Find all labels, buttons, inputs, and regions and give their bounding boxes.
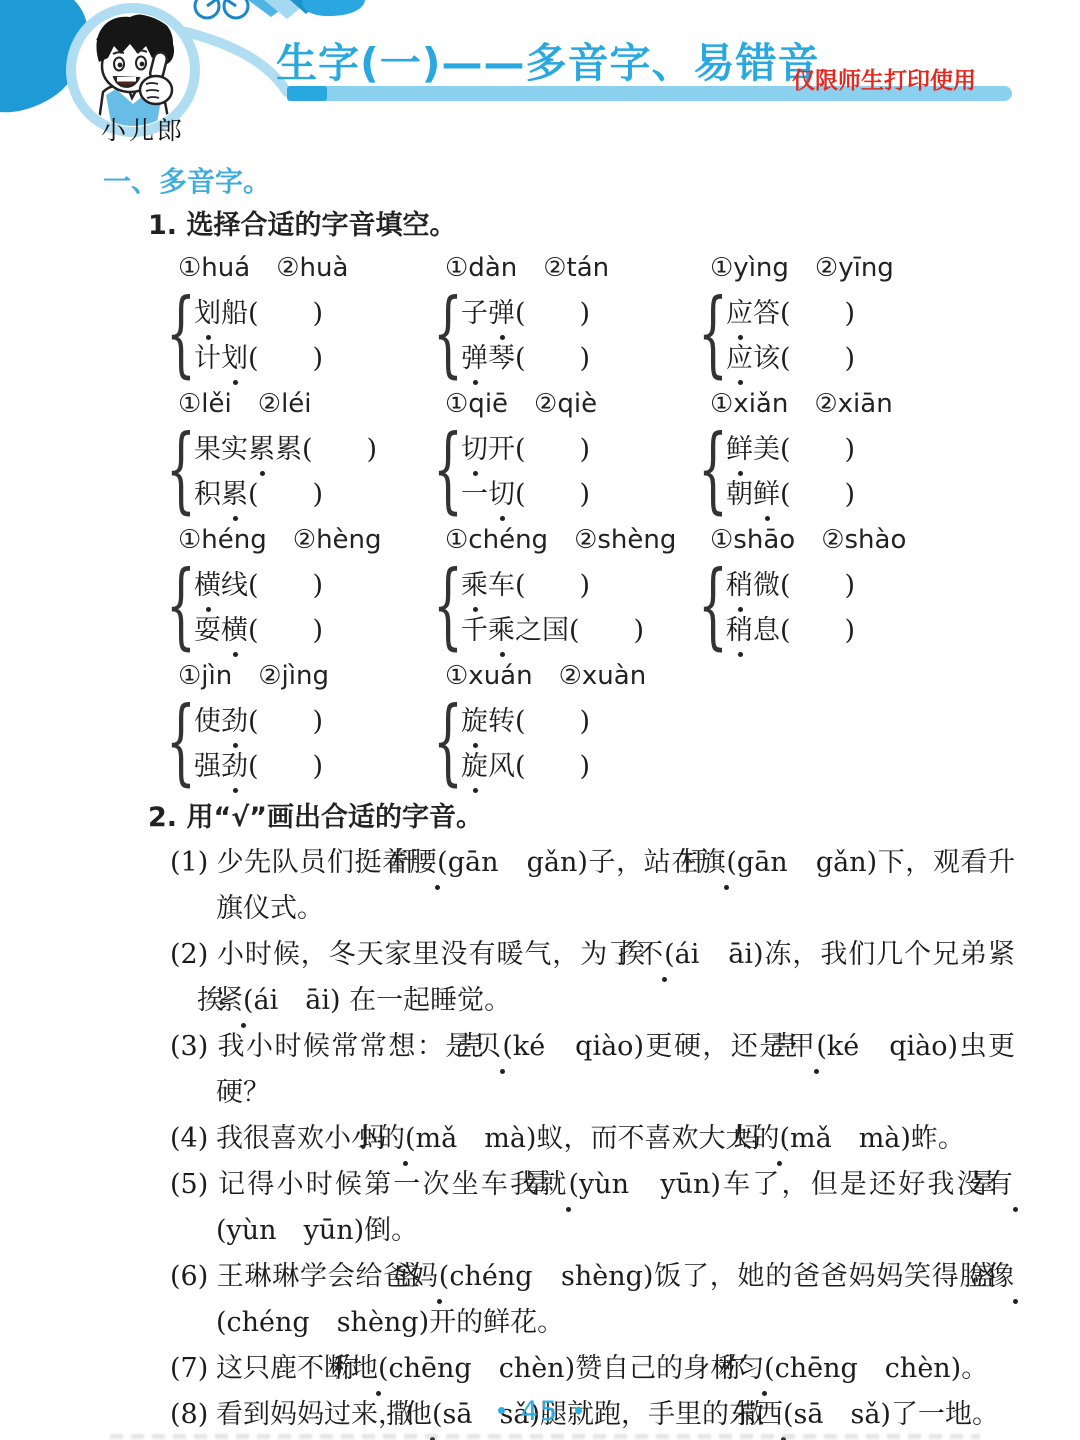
sentence-number: (3) — [170, 1024, 216, 1070]
word-line: 积累() — [194, 472, 445, 517]
pinyin-options: ①shāo②shào — [710, 518, 1010, 563]
worksheet-page: 生字(一)——多音字、易错音 仅限师生打印使用 小儿郎 一、多音字。 1. 选择… — [0, 0, 1080, 1440]
emphasized-char: 弹 — [461, 336, 488, 381]
emphasized-char: 稍 — [726, 563, 753, 608]
mascot-label: 小儿郎 — [101, 111, 201, 147]
sentence-number: (4) — [170, 1116, 216, 1162]
sentence-item: (2)小时候，冬天家里没有暖气，为了不挨(ái āi)冻，我们几个兄弟紧紧挨(á… — [170, 932, 1015, 1024]
sentence-list: (1)少先队员们挺着腰杆(gān gǎn)子，站在旗杆(gān gǎn)下，观看… — [170, 840, 1015, 1438]
word-line: 划船() — [194, 291, 445, 336]
answer-blank: () — [248, 298, 323, 329]
pinyin-option: ②shèng — [574, 525, 676, 555]
answer-blank: () — [780, 434, 855, 465]
pinyin-group: ①qiē②qiè切开()一切() — [445, 382, 710, 518]
bicycle-icon — [195, 0, 248, 18]
pinyin-options: ①xiǎn②xiān — [710, 382, 1010, 427]
word-pair: 旋转()旋风() — [445, 699, 710, 789]
word-pair: 横线()耍横() — [178, 563, 445, 653]
answer-blank: () — [248, 570, 323, 601]
emphasized-char: 应 — [726, 336, 753, 381]
pinyin-options: ①xuán②xuàn — [445, 654, 710, 699]
pinyin-options: ①chéng②shèng — [445, 518, 710, 563]
emphasized-char: 累 — [221, 472, 248, 517]
word-line: 应答() — [726, 291, 1010, 336]
sentence-item: (4)我很喜欢小小的蚂(mǎ mà)蚁，而不喜欢大大的蚂(mǎ mà)蚱。 — [170, 1116, 1015, 1162]
pinyin-group: ①shāo②shào稍微()稍息() — [710, 518, 1010, 654]
sentence-number: (1) — [170, 840, 216, 886]
answer-blank: () — [780, 570, 855, 601]
word-pair: 使劲()强劲() — [178, 699, 445, 789]
emphasized-char: 切 — [461, 427, 488, 472]
emphasized-char: 乘 — [461, 563, 488, 608]
word-line: 旋转() — [461, 699, 710, 744]
emphasized-char: 横 — [194, 563, 221, 608]
pinyin-options: ①héng②hèng — [178, 518, 445, 563]
pinyin-option: ②xuàn — [559, 661, 647, 691]
pinyin-group: ①huá②huà划船()计划() — [178, 246, 445, 382]
section-one-heading: 一、多音字。 — [103, 160, 271, 200]
answer-blank: () — [248, 751, 323, 782]
answer-blank: () — [302, 434, 377, 465]
emphasized-char: 切 — [488, 472, 515, 517]
pinyin-options: ①yìng②yīng — [710, 246, 1010, 291]
word-line: 强劲() — [194, 744, 445, 789]
word-line: 应该() — [726, 336, 1010, 381]
emphasized-char: 累 — [248, 427, 275, 472]
word-pair: 乘车()千乘之国() — [445, 563, 710, 653]
word-pair: 鲜美()朝鲜() — [710, 427, 1010, 517]
pinyin-option: ②xiān — [814, 389, 892, 419]
pinyin-option: ②jìng — [258, 661, 329, 691]
sentence-number: (7) — [170, 1346, 216, 1392]
answer-blank: () — [569, 615, 644, 646]
word-line: 稍微() — [726, 563, 1010, 608]
emphasized-char: 划 — [221, 336, 248, 381]
word-line: 旋风() — [461, 744, 710, 789]
answer-blank: () — [515, 570, 590, 601]
mountains-decoration — [248, 0, 365, 19]
emphasized-char: 弹 — [488, 291, 515, 336]
pinyin-option: ②tán — [543, 253, 609, 283]
emphasized-char: 旋 — [461, 699, 488, 744]
answer-blank: () — [515, 751, 590, 782]
sentence-item: (7)这只鹿不断地称(chēng chèn)赞自己的身材匀称(chēng chè… — [170, 1346, 1015, 1392]
word-line: 切开() — [461, 427, 710, 472]
answer-blank: () — [515, 343, 590, 374]
word-pair: 划船()计划() — [178, 291, 445, 381]
word-line: 朝鲜() — [726, 472, 1010, 517]
word-pair: 应答()应该() — [710, 291, 1010, 381]
word-pair: 稍微()稍息() — [710, 563, 1010, 653]
emphasized-char: 稍 — [726, 608, 753, 653]
answer-blank: () — [780, 298, 855, 329]
footer-right-dot — [575, 1407, 582, 1414]
answer-blank: () — [780, 615, 855, 646]
pinyin-options: ①huá②huà — [178, 246, 445, 291]
word-line: 一切() — [461, 472, 710, 517]
answer-blank: () — [515, 434, 590, 465]
word-line: 横线() — [194, 563, 445, 608]
word-line: 使劲() — [194, 699, 445, 744]
pinyin-option: ②qiè — [534, 389, 597, 419]
pinyin-option: ②yīng — [815, 253, 894, 283]
emphasized-char: 劲 — [221, 744, 248, 789]
pinyin-option: ②léi — [258, 389, 312, 419]
pinyin-group: ①xuán②xuàn旋转()旋风() — [445, 654, 710, 790]
word-pair: 果实累累()积累() — [178, 427, 445, 517]
emphasized-char: 划 — [194, 291, 221, 336]
pinyin-options: ①jìn②jìng — [178, 654, 445, 699]
page-title: 生字(一)——多音字、易错音 — [276, 30, 819, 89]
word-line: 乘车() — [461, 563, 710, 608]
pinyin-option: ②huà — [276, 253, 348, 283]
word-line: 耍横() — [194, 608, 445, 653]
word-line: 计划() — [194, 336, 445, 381]
pinyin-group: ①dàn②tán子弹()弹琴() — [445, 246, 710, 382]
exercise-1-heading: 1. 选择合适的字音填空。 — [148, 203, 456, 242]
word-line: 果实累累() — [194, 427, 445, 472]
word-line: 弹琴() — [461, 336, 710, 381]
ring-to-bar-curve — [186, 32, 287, 92]
pinyin-group: ①lěi②léi果实累累()积累() — [178, 382, 445, 518]
sentence-item: (6)王琳琳学会给爸妈盛(chéng shèng)饭了，她的爸爸妈妈笑得脸像盛(… — [170, 1254, 1015, 1346]
word-line: 鲜美() — [726, 427, 1010, 472]
cutoff-text-strip — [110, 1434, 980, 1439]
answer-blank: () — [248, 343, 323, 374]
pinyin-options: ①lěi②léi — [178, 382, 445, 427]
sentence-number: (5) — [170, 1162, 216, 1208]
word-line: 子弹() — [461, 291, 710, 336]
answer-blank: () — [248, 615, 323, 646]
answer-blank: () — [248, 706, 323, 737]
sentence-item: (3)我小时候常常想：是贝壳(ké qiào)更硬，还是甲壳(ké qiào)虫… — [170, 1024, 1015, 1116]
word-pair: 子弹()弹琴() — [445, 291, 710, 381]
pinyin-option: ②shào — [821, 525, 906, 555]
pinyin-group: ①xiǎn②xiān鲜美()朝鲜() — [710, 382, 1010, 518]
page-number: 45 — [521, 1396, 559, 1427]
restriction-label: 仅限师生打印使用 — [792, 62, 976, 95]
pinyin-options: ①dàn②tán — [445, 246, 710, 291]
word-pair: 切开()一切() — [445, 427, 710, 517]
emphasized-char: 乘 — [488, 608, 515, 653]
emphasized-char: 劲 — [221, 699, 248, 744]
sentence-number: (2) — [170, 932, 216, 978]
emphasized-char: 鲜 — [753, 472, 780, 517]
pinyin-groups-grid: ①huá②huà划船()计划()①dàn②tán子弹()弹琴()①yìng②yī… — [178, 246, 1038, 790]
word-line: 稍息() — [726, 608, 1010, 653]
pinyin-group: ①héng②hèng横线()耍横() — [178, 518, 445, 654]
answer-blank: () — [515, 479, 590, 510]
pinyin-options: ①qiē②qiè — [445, 382, 710, 427]
pinyin-option: ②hèng — [293, 525, 382, 555]
word-line: 千乘之国() — [461, 608, 710, 653]
emphasized-char: 旋 — [461, 744, 488, 789]
answer-blank: () — [515, 706, 590, 737]
pinyin-group: ①yìng②yīng应答()应该() — [710, 246, 1010, 382]
page-footer: 45 — [0, 1396, 1080, 1427]
pinyin-group: ①chéng②shèng乘车()千乘之国() — [445, 518, 710, 654]
emphasized-char: 横 — [221, 608, 248, 653]
sentence-item: (1)少先队员们挺着腰杆(gān gǎn)子，站在旗杆(gān gǎn)下，观看… — [170, 840, 1015, 932]
sentence-item: (5)记得小时候第一次坐车我就晕(yùn yūn)车了，但是还好我没有晕(yùn… — [170, 1162, 1015, 1254]
answer-blank: () — [248, 479, 323, 510]
emphasized-char: 鲜 — [726, 427, 753, 472]
answer-blank: () — [515, 298, 590, 329]
exercise-2-heading: 2. 用“√”画出合适的字音。 — [148, 795, 483, 834]
sentence-number: (6) — [170, 1254, 216, 1300]
footer-left-dot — [498, 1407, 505, 1414]
emphasized-char: 应 — [726, 291, 753, 336]
pinyin-group: ①jìn②jìng使劲()强劲() — [178, 654, 445, 790]
answer-blank: () — [780, 343, 855, 374]
answer-blank: () — [780, 479, 855, 510]
